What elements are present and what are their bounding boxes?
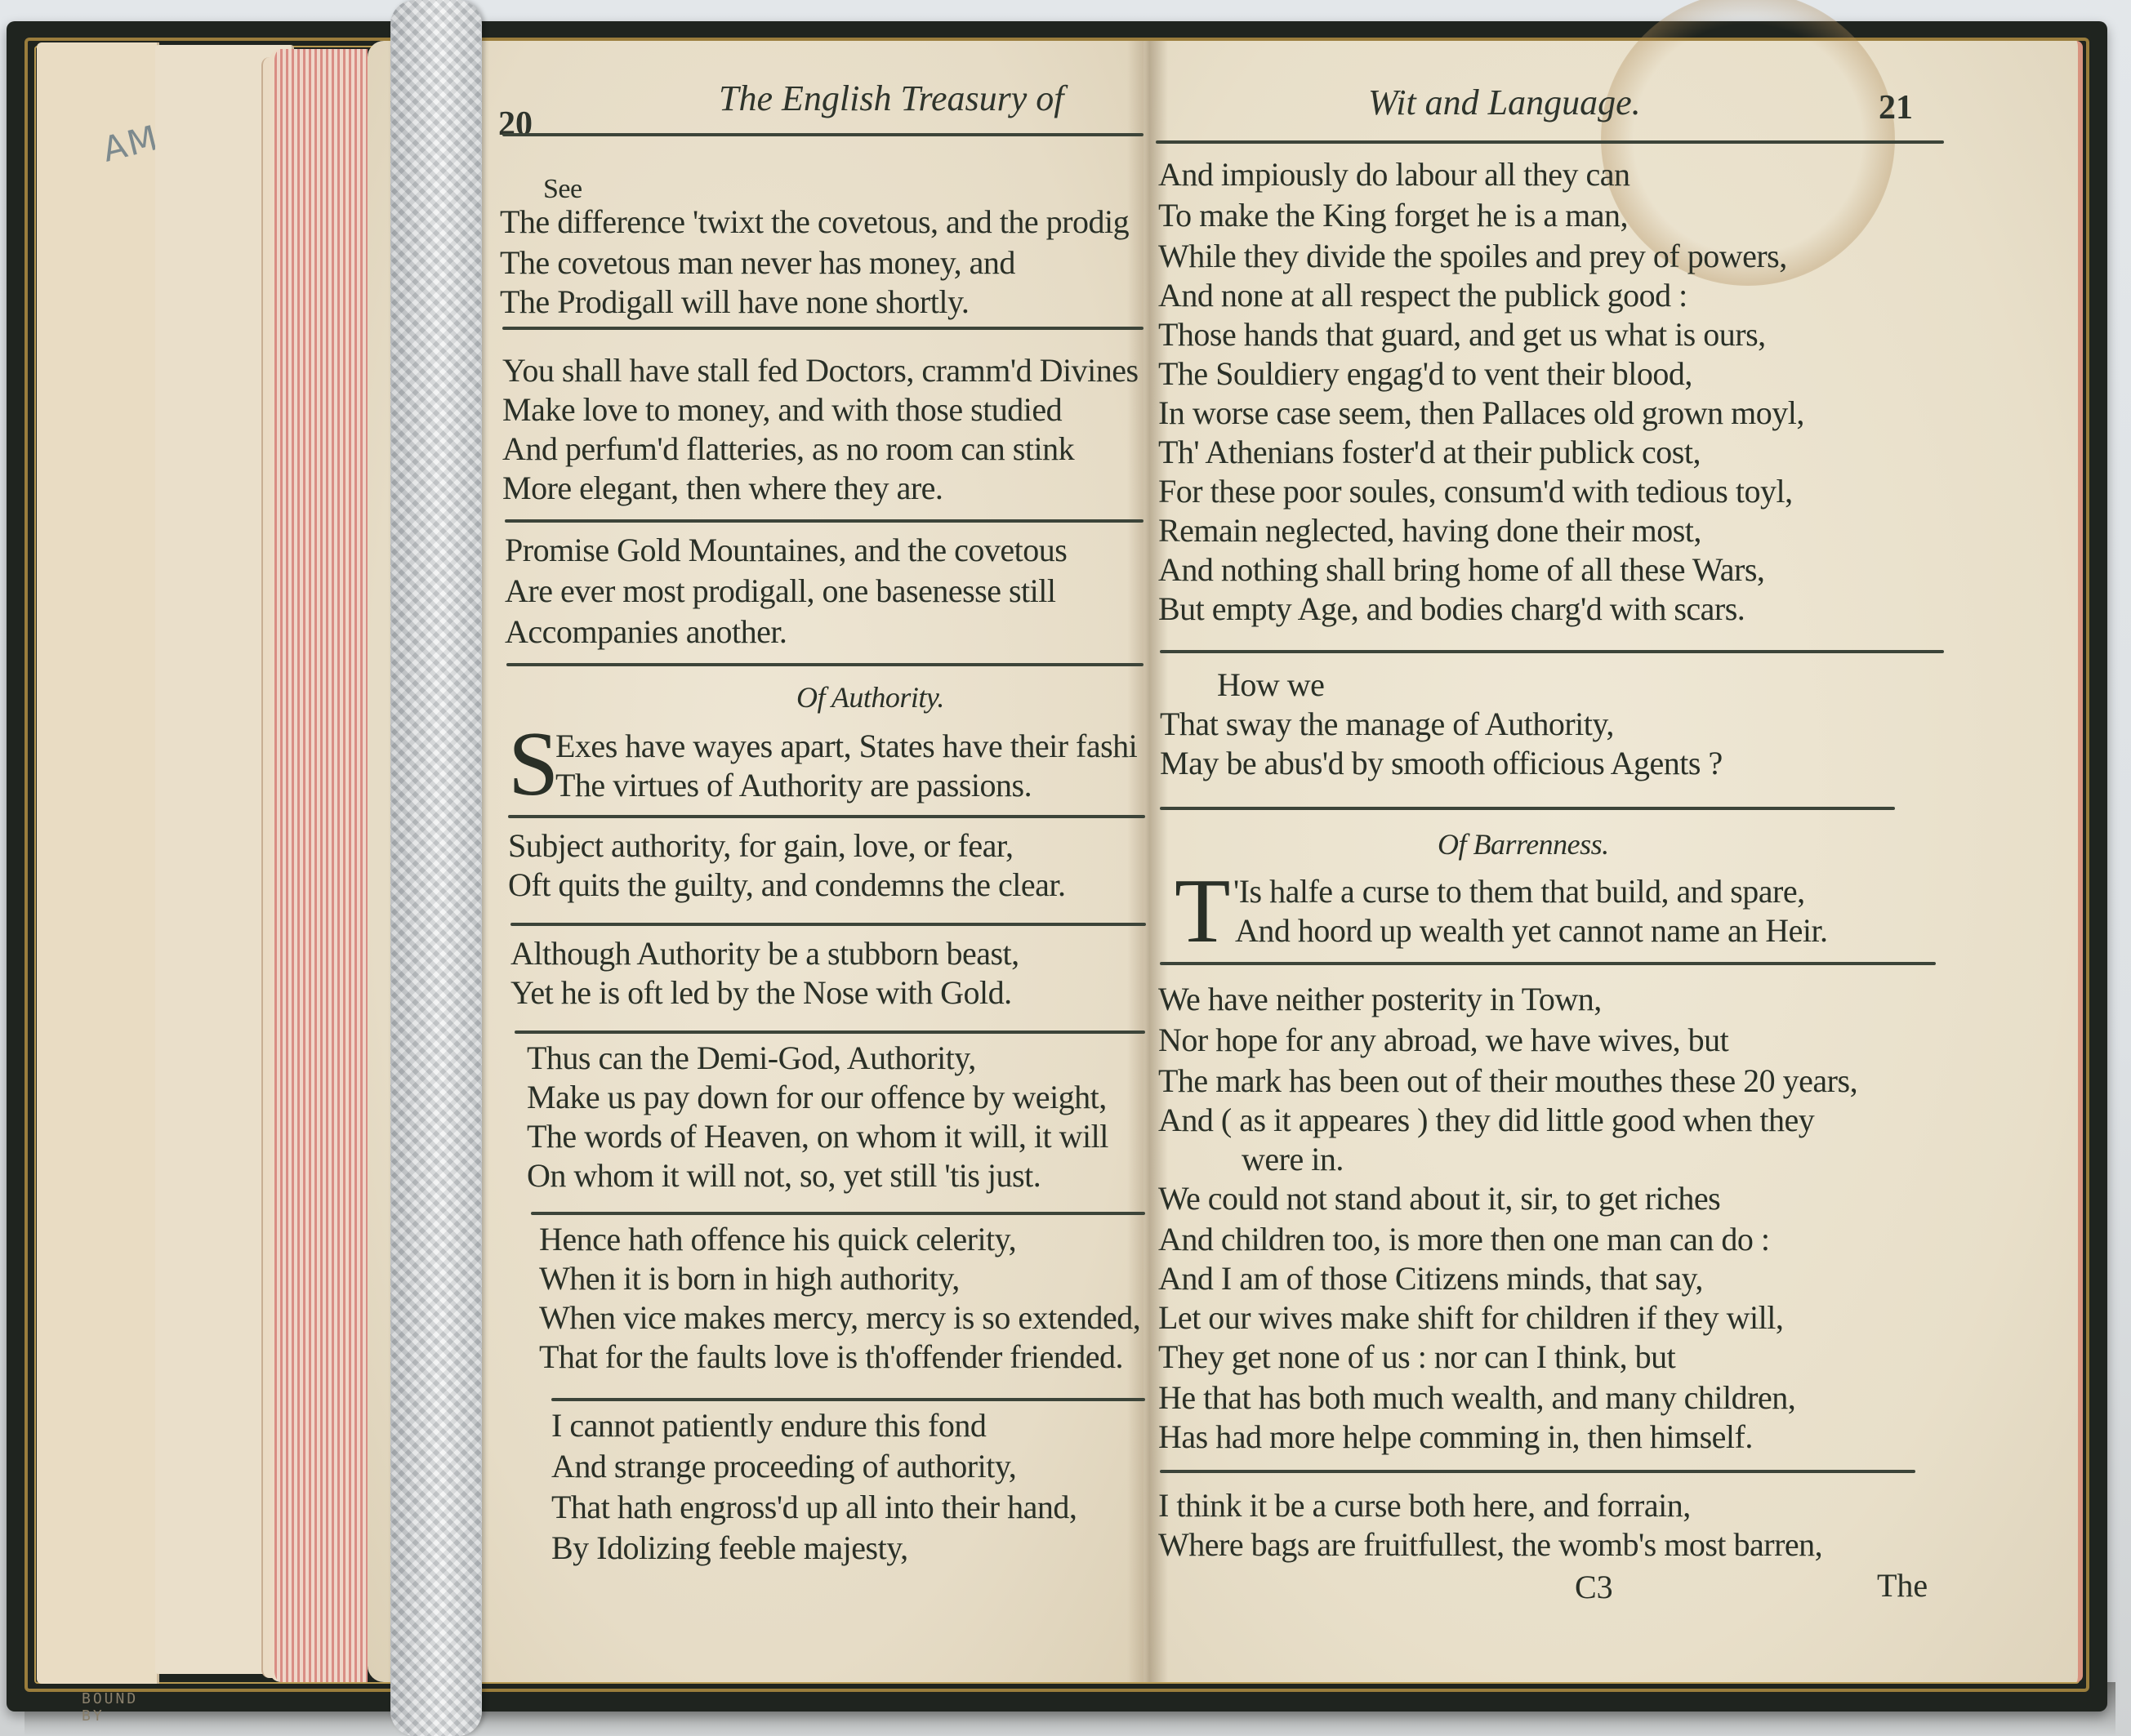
text-line: That sway the manage of Authority, [1160, 705, 1614, 744]
section-rule [551, 1398, 1145, 1401]
head-rule [502, 133, 1144, 136]
text-line: Th' Athenians foster'd at their publick … [1158, 433, 1701, 472]
text-line: May be abus'd by smooth officious Agents… [1160, 744, 1723, 783]
text-line: And I am of those Citizens minds, that s… [1158, 1259, 1703, 1298]
text-line: I think it be a curse both here, and for… [1158, 1486, 1691, 1525]
text-line: Where bags are fruitfullest, the womb's … [1158, 1525, 1822, 1565]
text-line: were in. [1242, 1140, 1344, 1179]
text-line: That hath engross'd up all into their ha… [551, 1488, 1077, 1527]
front-endpaper: AMO BOUND BY [37, 42, 159, 1684]
text-line: Are ever most prodigall, one basenesse s… [505, 572, 1055, 611]
text-line: That for the faults love is th'offender … [539, 1338, 1123, 1377]
text-line: The mark has been out of their mouthes t… [1158, 1062, 1857, 1101]
text-line: He that has both much wealth, and many c… [1158, 1378, 1795, 1418]
text-line: Nor hope for any abroad, we have wives, … [1158, 1021, 1728, 1060]
drop-cap: T [1175, 866, 1230, 957]
running-head-left: The English Treasury of [719, 78, 1064, 119]
section-rule [1160, 650, 1944, 653]
text-line: And strange proceeding of authority, [551, 1447, 1016, 1486]
section-rule [1160, 1470, 1915, 1473]
page-number-right: 21 [1879, 88, 1913, 127]
text-line: Oft quits the guilty, and condemns the c… [508, 866, 1066, 905]
text-line: The covetous man never has money, and [500, 243, 1015, 283]
section-rule [1160, 807, 1895, 810]
text-line: In worse case seem, then Pallaces old gr… [1158, 394, 1804, 433]
text-line: Accompanies another. [505, 612, 787, 652]
head-rule [1156, 140, 1944, 144]
text-line: I cannot patiently endure this fond [551, 1406, 986, 1445]
text-line: The virtues of Authority are passions. [555, 766, 1032, 805]
section-rule [502, 327, 1144, 330]
text-line: By Idolizing feeble majesty, [551, 1529, 908, 1568]
text-line: How we [1217, 665, 1324, 705]
catchword: The [1877, 1566, 1928, 1605]
text-line: Hence hath offence his quick celerity, [539, 1220, 1016, 1259]
text-line: The Prodigall will have none shortly. [500, 283, 969, 322]
text-line: And hoord up wealth yet cannot name an H… [1235, 911, 1828, 950]
section-rule [508, 815, 1145, 818]
bookmark-ribbon [390, 0, 482, 1736]
text-line: On whom it will not, so, yet still 'tis … [527, 1156, 1041, 1195]
text-line: While they divide the spoiles and prey o… [1158, 237, 1787, 276]
text-line: And children too, is more then one man c… [1158, 1220, 1770, 1259]
text-line: The Souldiery engag'd to vent their bloo… [1158, 354, 1692, 394]
text-line: Exes have wayes apart, States have their… [555, 727, 1137, 766]
section-rule [506, 663, 1144, 666]
text-line: The difference 'twixt the covetous, and … [500, 203, 1129, 242]
text-line: But empty Age, and bodies charg'd with s… [1158, 590, 1745, 629]
text-line: And perfum'd flatteries, as no room can … [502, 430, 1074, 469]
text-line: Promise Gold Mountaines, and the covetou… [505, 531, 1067, 570]
text-line: Make love to money, and with those studi… [502, 390, 1062, 430]
binder-stamp: BOUND BY [82, 1690, 157, 1725]
text-line: Thus can the Demi-God, Authority, [527, 1039, 976, 1078]
signature-mark: C3 [1575, 1568, 1613, 1606]
text-line: Yet he is oft led by the Nose with Gold. [510, 973, 1012, 1013]
text-line: And impiously do labour all they can [1158, 155, 1629, 194]
text-line: Let our wives make shift for children if… [1158, 1298, 1783, 1338]
text-line: To make the King forget he is a man, [1158, 196, 1628, 235]
text-line: And none at all respect the publick good… [1158, 276, 1687, 315]
text-line: The words of Heaven, on whom it will, it… [527, 1117, 1108, 1156]
text-line: Subject authority, for gain, love, or fe… [508, 826, 1014, 866]
section-rule [1160, 962, 1936, 965]
text-line: They get none of us : nor can I think, b… [1158, 1338, 1675, 1377]
text-line: Those hands that guard, and get us what … [1158, 315, 1766, 354]
section-rule [515, 1030, 1145, 1034]
running-head-right: Wit and Language. [1368, 82, 1641, 123]
text-line: We could not stand about it, sir, to get… [1158, 1179, 1720, 1218]
text-line: Remain neglected, having done their most… [1158, 511, 1701, 550]
text-line: And nothing shall bring home of all thes… [1158, 550, 1764, 590]
text-line: We have neither posterity in Town, [1158, 980, 1602, 1019]
text-line: For these poor soules, consum'd with ted… [1158, 472, 1793, 511]
drop-cap: S [508, 719, 559, 810]
section-rule [531, 1212, 1145, 1215]
text-line: Make us pay down for our offence by weig… [527, 1078, 1107, 1117]
text-line: When vice makes mercy, mercy is so exten… [539, 1298, 1140, 1338]
page-number-left: 20 [498, 105, 533, 144]
section-heading-authority: Of Authority. [796, 678, 944, 717]
text-line: More elegant, then where they are. [502, 469, 943, 508]
text-line: You shall have stall fed Doctors, cramm'… [502, 351, 1139, 390]
red-page-edges [270, 49, 368, 1682]
text-line: When it is born in high authority, [539, 1259, 960, 1298]
section-rule [505, 519, 1144, 523]
text-line: Although Authority be a stubborn beast, [510, 934, 1019, 973]
section-heading-barrenness: Of Barrenness. [1438, 825, 1609, 864]
text-line: 'Is halfe a curse to them that build, an… [1233, 872, 1805, 911]
text-line: Has had more helpe comming in, then hims… [1158, 1418, 1753, 1457]
section-rule [510, 923, 1146, 926]
text-line: And ( as it appeares ) they did little g… [1158, 1101, 1814, 1140]
